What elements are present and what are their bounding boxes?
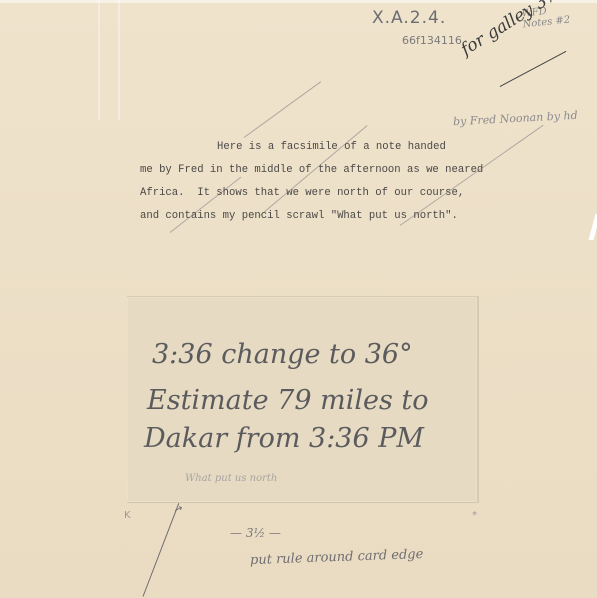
rule-instruction-note: put rule around card edge — [250, 547, 424, 568]
typed-line: Africa. It shows that we were north of o… — [140, 182, 560, 205]
arrow-up-icon: ↗ — [172, 503, 184, 516]
paper-crease — [118, 0, 120, 120]
measurement-note: — 3½ — — [230, 526, 281, 540]
note-card-line: 3:36 change to 36° — [152, 339, 413, 370]
note-card-line: Estimate 79 miles to — [147, 385, 429, 416]
typed-line: and contains my pencil scrawl "What put … — [140, 205, 560, 228]
corner-mark-right: * — [472, 510, 477, 521]
note-card-line: Dakar from 3:36 PM — [144, 423, 424, 454]
typed-paragraph: Here is a facsimile of a note handed me … — [140, 136, 560, 228]
typed-line: me by Fred in the middle of the afternoo… — [140, 159, 560, 182]
page-edge-tear — [589, 214, 597, 240]
pencil-strike-line — [244, 81, 321, 138]
corner-mark-left: K — [124, 510, 131, 521]
galley-note: for galley 37 — [457, 0, 560, 60]
paper-crease — [98, 0, 100, 120]
archive-code: X.A.2.4. — [372, 8, 446, 28]
document-page: X.A.2.4. 66f134116 WFD Notes #2 for gall… — [0, 0, 597, 598]
archive-number: 66f134116 — [402, 34, 462, 47]
galley-underline — [500, 51, 567, 87]
note-card: 3:36 change to 36° Estimate 79 miles to … — [127, 296, 479, 503]
note-card-scrawl: What put us north — [185, 473, 277, 484]
arrow-line — [143, 503, 180, 597]
typed-line: Here is a facsimile of a note handed — [140, 136, 560, 159]
page-top-edge — [0, 0, 597, 3]
fred-noonan-note: by Fred Noonan by hd — [453, 109, 578, 129]
